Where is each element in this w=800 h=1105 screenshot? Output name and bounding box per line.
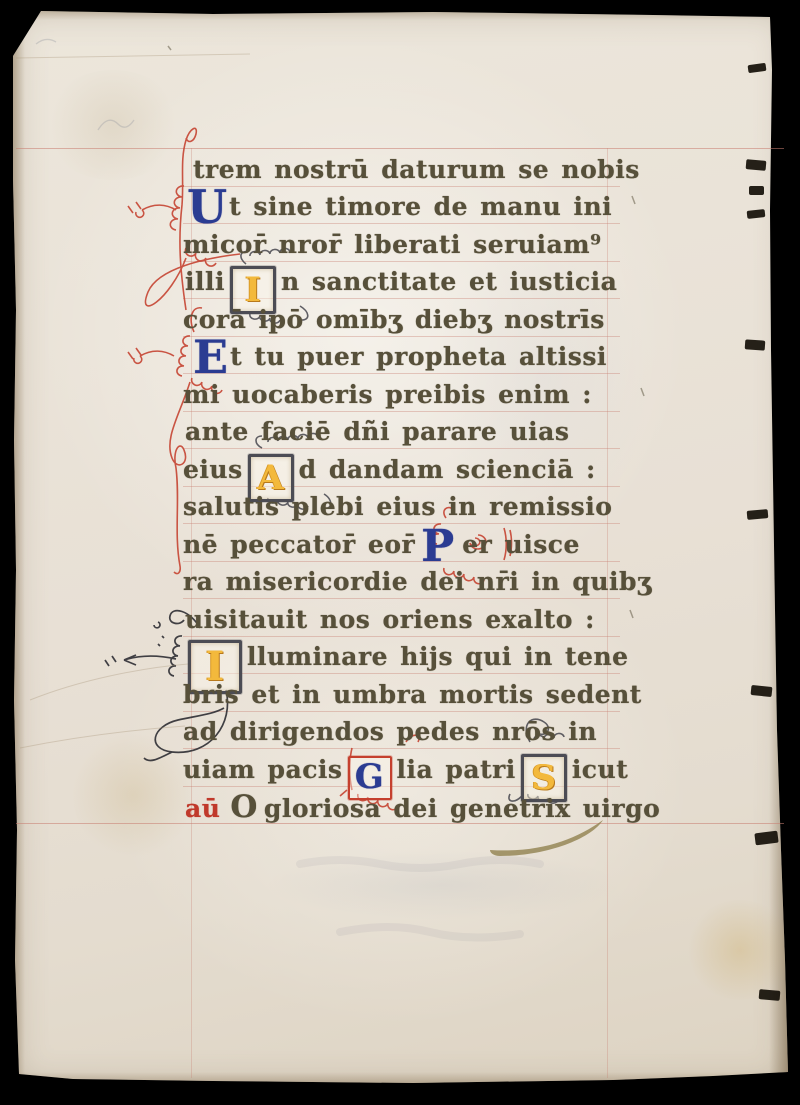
line-text: lluminare hijs qui in tene [247, 642, 629, 671]
line-text: icut [572, 755, 628, 784]
line-text: uisitauit nos oriens exalto : [185, 605, 595, 634]
leaf-edge-right [769, 10, 789, 1086]
line-text: n sanctitate et iusticia [281, 267, 617, 296]
binding-mark [748, 63, 767, 73]
line-text: er uisce [462, 530, 580, 559]
stain [685, 900, 795, 1000]
text-line-3: micor̄ nror̄ liberati seruiam⁹ [183, 227, 602, 263]
binding-mark [745, 339, 766, 350]
binding-mark [751, 685, 773, 697]
illuminated-initial-u: U [187, 180, 225, 234]
line-text: ad dirigendos pedes nrōs in [183, 717, 597, 746]
illuminated-initial-e: E [193, 330, 226, 384]
line-text: ra misericordie dei nr̄i in quibʒ [183, 567, 652, 596]
line-text: ante faciē dñi parare uias [185, 417, 569, 446]
text-line-15: bris et in umbra mortis sedent [183, 677, 642, 713]
leaf-edge-left [13, 10, 25, 1086]
text-line-1: trem nostrū daturum se nobis [193, 152, 640, 188]
text-line-12: ra misericordie dei nr̄i in quibʒ [183, 564, 652, 600]
line-text: mi uocaberis preibis enim : [183, 380, 592, 409]
line-text: corā ipō omībʒ diebʒ nostrīs [183, 305, 605, 334]
binding-mark [747, 209, 766, 219]
text-line-16: ad dirigendos pedes nrōs in [183, 714, 597, 750]
text-line-8: ante faciē dñi parare uias [185, 414, 569, 450]
binding-mark [754, 831, 778, 846]
text-line-13: uisitauit nos oriens exalto : [185, 602, 595, 638]
line-text: trem nostrū daturum se nobis [193, 155, 640, 184]
text-line-18: aūOgloriosa dei genetrix uirgo [185, 789, 660, 827]
line-text: salutis plebi eius in remissio [183, 492, 612, 521]
rubric-antiphon-marker: aū [185, 794, 220, 823]
line-text: eius [183, 455, 243, 484]
line-text: micor̄ nror̄ liberati seruiam⁹ [183, 230, 602, 259]
text-line-2: Ut sine timore de manu ini [187, 189, 612, 225]
line-text: d dandam scienciā : [299, 455, 596, 484]
leaf-edge-bottom [13, 1072, 789, 1086]
line-text: t sine timore de manu ini [229, 192, 612, 221]
line-text: lia patri [397, 755, 516, 784]
binding-mark [759, 989, 781, 1001]
binding-mark [747, 509, 769, 520]
text-line-11: nē peccator̄ eor̄Per uisce [183, 527, 580, 563]
binding-mark [749, 186, 764, 195]
leaf-edge-top [13, 10, 789, 20]
text-line-5: corā ipō omībʒ diebʒ nostrīs [183, 302, 605, 338]
line-text: t tu puer propheta altissi [230, 342, 607, 371]
text-line-7: mi uocaberis preibis enim : [183, 377, 592, 413]
line-text: uiam pacis [183, 755, 343, 784]
line-text: bris et in umbra mortis sedent [183, 680, 642, 709]
stain [43, 70, 183, 180]
photo-stage: trem nostrū daturum se nobis Ut sine tim… [0, 0, 800, 1105]
binding-mark [746, 159, 767, 171]
versal-o: O [230, 789, 258, 825]
line-text: nē peccator̄ eor̄ [183, 530, 415, 559]
line-text: illi [185, 267, 225, 296]
text-line-6: Et tu puer propheta altissi [193, 339, 607, 375]
show-through-smudge [263, 850, 623, 920]
line-text: gloriosa dei genetrix uirgo [264, 794, 660, 823]
text-line-10: salutis plebi eius in remissio [183, 489, 612, 525]
stain [73, 730, 193, 860]
